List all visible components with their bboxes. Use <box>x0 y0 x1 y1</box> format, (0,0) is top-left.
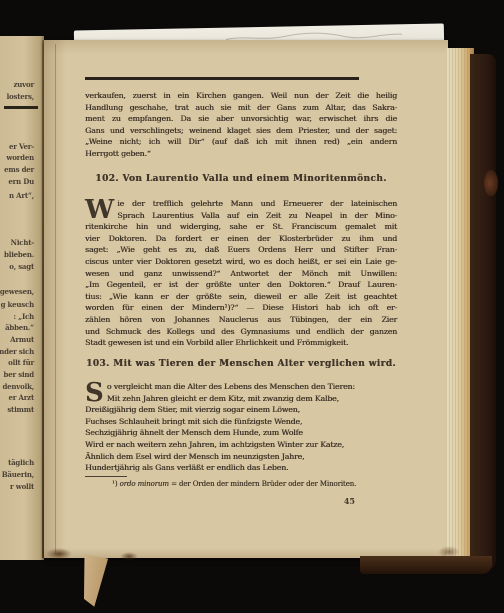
text-fragment: blieben. <box>4 250 34 259</box>
text-fragment: worden <box>6 153 34 162</box>
age-spot <box>438 546 460 558</box>
text-line: tius: „Wie kann er der größte sein, diew… <box>85 291 397 303</box>
text-line: Handlung geschahe, trat auch sie mit der… <box>85 102 397 114</box>
text-line: Ähnlich dem Esel wird der Mensch im neun… <box>85 451 397 463</box>
age-spot <box>46 548 72 560</box>
footnote-latin-term: ordo minorum <box>119 480 168 488</box>
text-fragment: denvolk, <box>2 382 34 391</box>
section-103-heading: 103. Mit was Tieren der Menschen Alter v… <box>85 359 397 369</box>
text-fragment: nder sich <box>0 347 34 356</box>
text-fragment: n Art“, <box>9 191 34 200</box>
text-line: Hundertjährig als Gans verläßt er endlic… <box>85 462 397 474</box>
text-fragment: ber sind <box>4 370 34 379</box>
page-number: 45 <box>85 496 355 506</box>
cover-bottom-edge <box>360 556 492 574</box>
page-top-rule <box>85 77 359 80</box>
inner-page-crease <box>55 44 56 554</box>
age-spot <box>120 552 138 561</box>
footnote: ¹) ordo minorum = der Orden der mindern … <box>112 480 402 488</box>
text-line: o vergleicht man die Alter des Lebens de… <box>85 381 397 393</box>
drop-cap-s: S <box>85 381 107 404</box>
text-line: zählen hören von Johannes Nauclerus aus … <box>85 314 397 326</box>
section-102-paragraph: W ie der trefflich gelehrte Mann und Ern… <box>85 198 397 349</box>
text-line: „Weine nicht; ich will Dir“ (auf daß ich… <box>85 136 397 148</box>
text-line: Gans und verschlingets; weinend klaget s… <box>85 125 397 137</box>
text-fragment: Nicht- <box>11 238 34 247</box>
text-line: Stadt gewesen ist und ein Vorbild aller … <box>85 337 397 349</box>
text-fragment: : „Ich <box>14 312 34 321</box>
text-fragment: er Ver- <box>9 142 34 151</box>
footnote-separator-rule <box>85 476 127 477</box>
text-line: Sprach Laurentius Valla auf ein Zeit zu … <box>85 210 397 222</box>
text-line: verkaufen, zuerst in ein Kirchen gangen.… <box>85 90 397 102</box>
text-fragment: ems der <box>4 165 34 174</box>
text-line: wesen und ganz unwissend?“ Antwortet der… <box>85 268 397 280</box>
text-line: vier Doktoren. Da fordert er einen der K… <box>85 233 397 245</box>
text-fragment: g keusch <box>1 300 34 309</box>
drop-cap-w: W <box>85 198 117 221</box>
text-fragment: ern Du <box>8 177 34 186</box>
text-fragment: Bäuerin, <box>2 470 34 479</box>
text-line: Wird er nach weitern zehn Jahren, im ach… <box>85 439 397 451</box>
text-fragment: täglich <box>8 458 34 467</box>
bookmark-ribbon <box>76 554 108 607</box>
text-line: ciscus unter vier Doktoren gesetzt wird,… <box>85 256 397 268</box>
facing-page-text-fragments: zuvorlosters,er Ver-wordenems derern Dun… <box>0 0 37 613</box>
text-line: Dreißigjährig dem Stier, mit vierzig sog… <box>85 404 397 416</box>
book-page: verkaufen, zuerst in ein Kirchen gangen.… <box>44 40 448 558</box>
cover-corner-bump <box>484 170 498 196</box>
text-line: worden für einen der Mindern¹)?“ — Diese… <box>85 302 397 314</box>
text-fragment: äbben.“ <box>5 323 34 332</box>
footnote-text: = der Orden der mindern Brüder oder der … <box>169 480 356 488</box>
text-line: ment zu empfangen. Da sie aber unvorsich… <box>85 113 397 125</box>
section-102-heading: 102. Von Laurentio Valla und einem Minor… <box>85 174 397 184</box>
book-cover-edge <box>470 54 496 570</box>
text-fragment: stimmt <box>7 405 34 414</box>
text-line: Sechzigjährig ähnelt der Mensch dem Hund… <box>85 427 397 439</box>
book-photo: zuvorlosters,er Ver-wordenems derern Dun… <box>0 0 504 613</box>
text-line: Fuchses Schlauheit bringt mit sich die f… <box>85 416 397 428</box>
text-line: Herrgott geben.“ <box>85 148 397 160</box>
text-fragment: losters, <box>7 92 34 101</box>
text-fragment: o, sagt <box>9 262 34 271</box>
text-line: Mit zehn Jahren gleicht er dem Kitz, mit… <box>85 393 397 405</box>
text-fragment: gewesen, <box>0 287 34 296</box>
text-fragment: zuvor <box>14 80 35 89</box>
text-fragment: Armut <box>10 335 34 344</box>
text-line: und Schmuck des Kollegs und des Gymnasiu… <box>85 326 397 338</box>
text-fragment: r wollt <box>10 482 34 491</box>
text-line: saget: „Wie geht es zu, daß Euers Ordens… <box>85 244 397 256</box>
paragraph-continuation: verkaufen, zuerst in ein Kirchen gangen.… <box>85 90 397 160</box>
text-fragment: ollt für <box>8 358 34 367</box>
text-line: ritenkirche hin und widerging, sahe er S… <box>85 221 397 233</box>
text-fragment: er Arzt <box>8 393 34 402</box>
section-103-verse: S o vergleicht man die Alter des Lebens … <box>85 381 397 474</box>
text-line: ie der trefflich gelehrte Mann und Erneu… <box>85 198 397 210</box>
text-line: „Im Gegenteil, er ist der größte unter d… <box>85 279 397 291</box>
